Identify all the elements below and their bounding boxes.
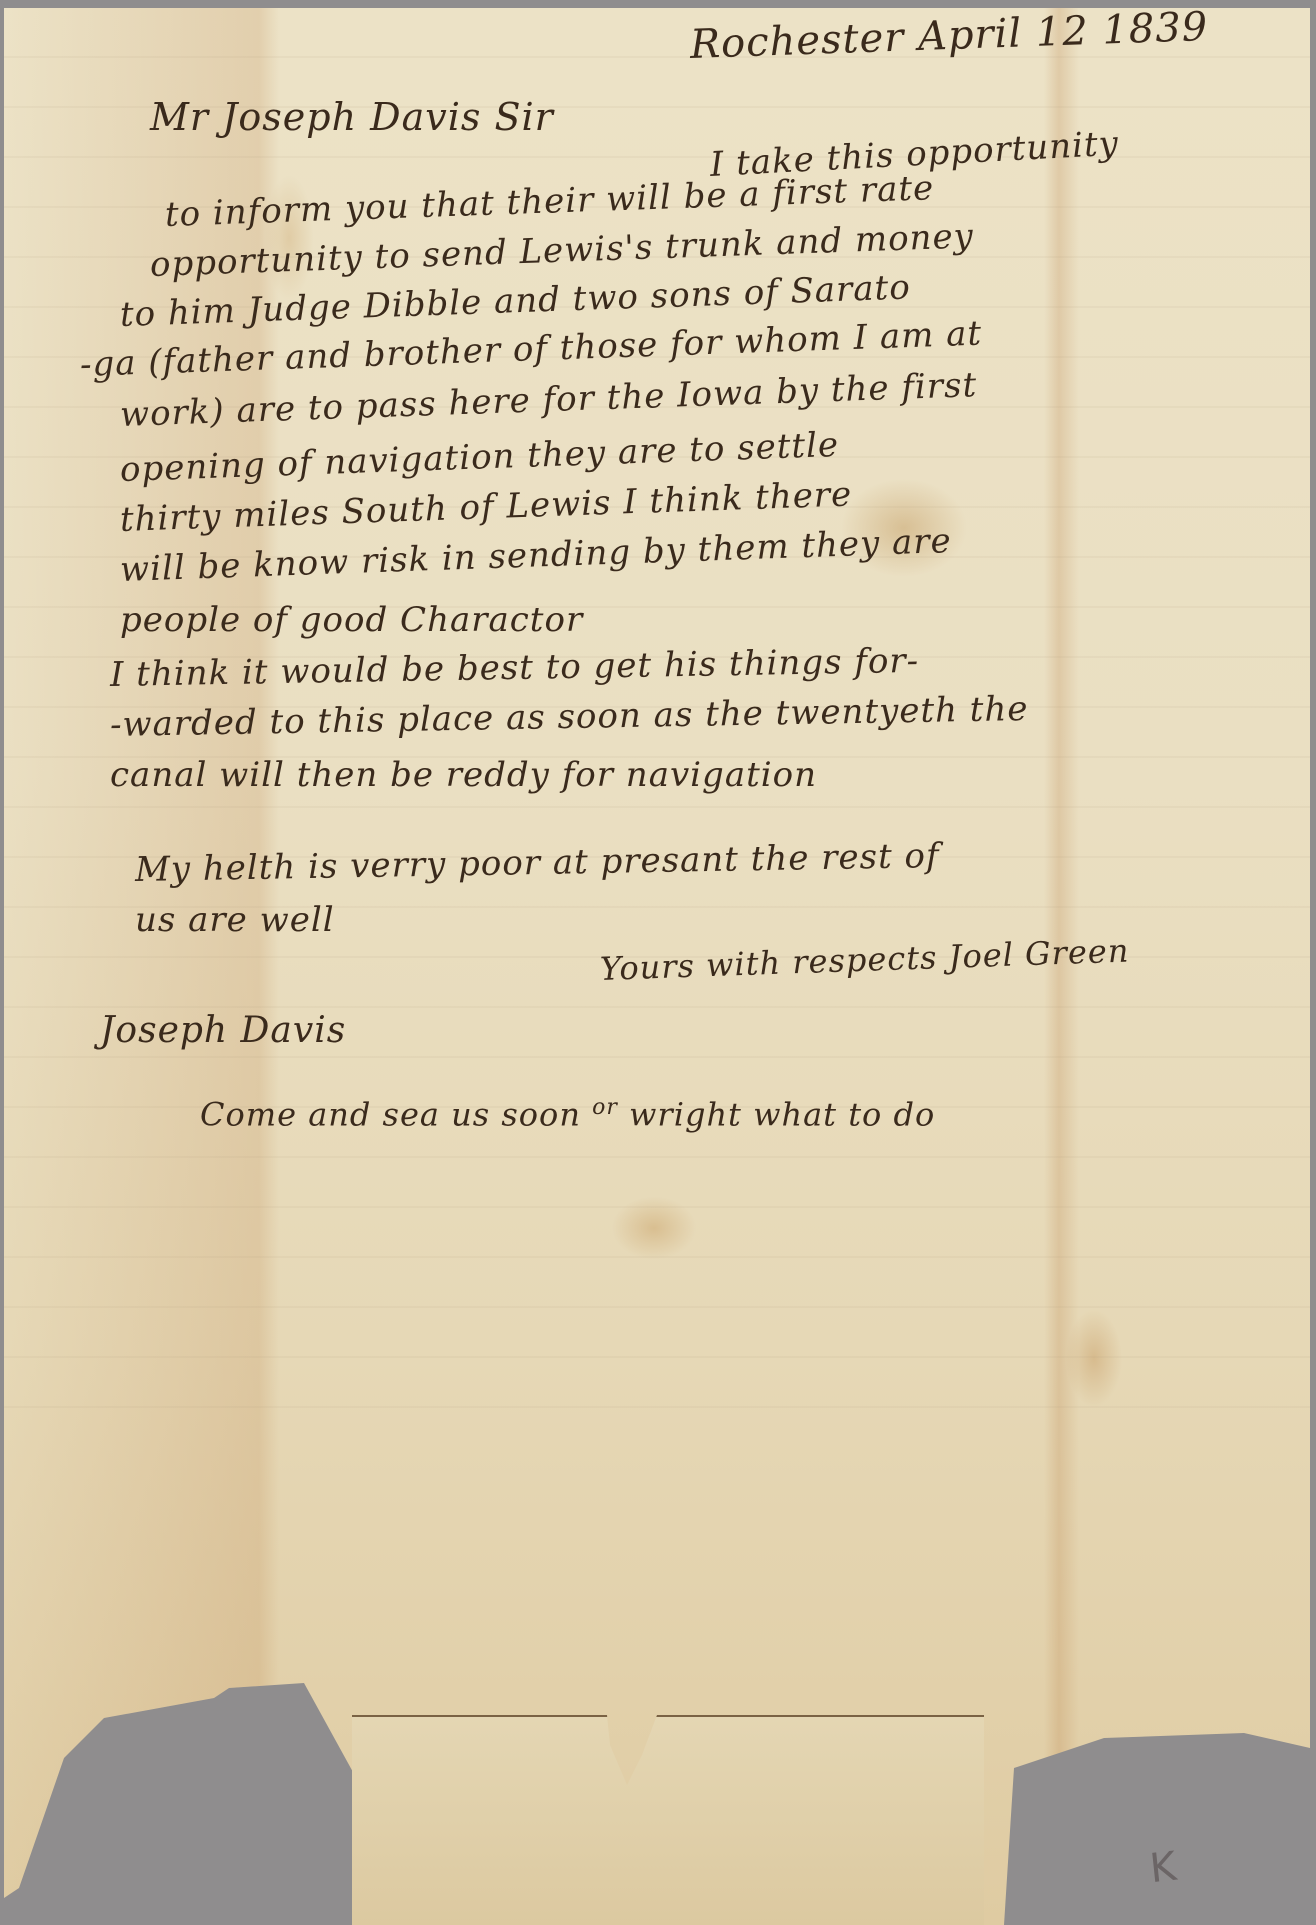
folded-envelope-flap [352,1715,984,1925]
final-note: Come and sea us soon or wright what to d… [200,1095,935,1134]
body-line: people of good Charactor [120,600,583,640]
final-note-insert: or [592,1095,618,1120]
postscript-line: us are well [135,900,335,940]
final-note-after: wright what to do [629,1096,935,1134]
salutation: Mr Joseph Davis Sir [150,95,554,139]
body-line: canal will then be reddy for navigation [110,755,817,795]
pencil-mark: K [1148,1844,1179,1892]
final-note-before: Come and sea us soon [200,1096,581,1134]
addressee-footer: Joseph Davis [100,1010,346,1051]
